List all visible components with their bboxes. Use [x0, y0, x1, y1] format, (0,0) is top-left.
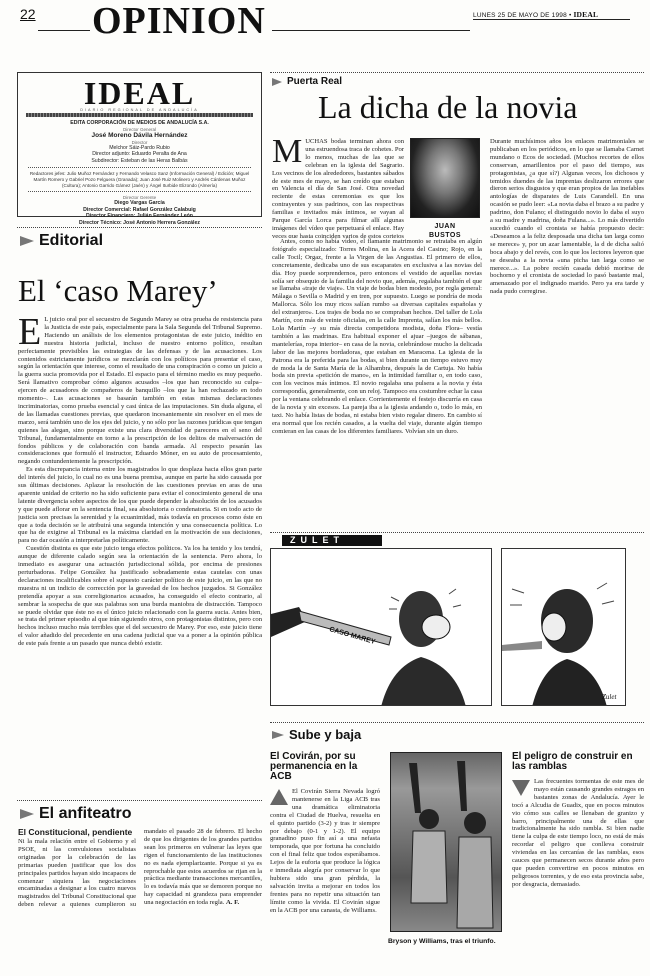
cartoon-drawing-right: Zulet [502, 549, 626, 706]
dateline-separator: • [569, 12, 571, 19]
author-first-name: JUAN [410, 222, 480, 231]
players-silhouette [391, 753, 503, 933]
editorial-rule [17, 227, 262, 228]
sube-subhead: El Covirán, por su permanencia en la ACB [270, 752, 380, 782]
photo-caption: Bryson y Williams, tras el triunfo. [388, 938, 496, 945]
masthead-tagline: DIARIO REGIONAL DE ANDALUCÍA [18, 108, 261, 112]
director-tecnico: Director Técnico: José Antonio Herrera G… [18, 220, 261, 227]
anfiteatro-signature: A. F. [226, 899, 239, 906]
baja-text: Las frecuentes tormentas de este mes de … [512, 778, 644, 888]
paper-name: IDEAL [573, 10, 598, 19]
baja-article: El peligro de construir en las ramblas L… [512, 752, 644, 889]
svg-text:Zulet: Zulet [602, 693, 617, 701]
anfiteatro-article: El Constitucional, pendiente Ni la mala … [18, 828, 262, 948]
anfiteatro-rule [17, 800, 262, 801]
puerta-real-kicker-label: Puerta Real [287, 76, 342, 87]
puerta-real-col2: Durante muchísimos años los enlaces matr… [490, 138, 644, 480]
arrow-icon [272, 78, 282, 86]
dateline: LUNES 25 DE MAYO DE 1998 • IDEAL [473, 10, 598, 19]
editorial-kicker: Editorial [20, 232, 103, 250]
anfiteatro-kicker: El anfiteatro [20, 805, 131, 823]
baja-body: Las frecuentes tormentas de este mes de … [512, 778, 644, 889]
redactores-jefes: Redactores jefes: Julio Muñoz Fernández … [18, 171, 261, 188]
puerta-real-rule [270, 72, 644, 73]
sube-body: El Covirán Sierra Nevada logró manteners… [270, 788, 380, 915]
subdirector: Subdirector: Esteban de las Heras Balbás [18, 158, 261, 165]
cartoon-drawing-left: CASO MAREY [271, 549, 492, 706]
editorial-dropcap: E [18, 317, 41, 347]
sube-baja-kicker: Sube y baja [272, 727, 361, 742]
section-title: OPINION [92, 2, 266, 40]
arrow-icon [20, 236, 34, 246]
cartoon-label: ZULET [282, 535, 382, 546]
baja-subhead: El peligro de construir en las ramblas [512, 752, 644, 772]
sube-baja-rule [270, 722, 644, 723]
puerta-real-headline: La dicha de la novia [318, 91, 577, 123]
masthead-bar [26, 113, 253, 117]
puerta-real-paragraph: Antes, como no había vídeo, el flamante … [272, 238, 482, 436]
editorial-body: EL juicio oral por el secuestro de Segun… [18, 316, 262, 776]
date-text: LUNES 25 DE MAYO DE 1998 [473, 12, 567, 19]
anfiteatro-kicker-label: El anfiteatro [39, 805, 131, 823]
cartoon-panel-left: CASO MAREY [270, 548, 492, 706]
puerta-real-paragraph: Durante muchísimos años los enlaces matr… [490, 138, 644, 296]
sube-article: El Covirán, por su permanencia en la ACB… [270, 752, 380, 915]
page-number: 22 [20, 6, 36, 22]
puerta-real-kicker: Puerta Real [272, 76, 342, 87]
director-general: José Moreno Dávila Hernández [18, 132, 261, 140]
author-photo [410, 138, 480, 218]
editorial-paragraph: Cuestión distinta es que este juicio ten… [18, 545, 262, 648]
puerta-real-dropcap: M [272, 139, 302, 165]
editorial-paragraph: Es esta discrepancia interna entre los m… [18, 466, 262, 545]
sube-baja-kicker-label: Sube y baja [289, 727, 361, 742]
header-rule-left [38, 30, 90, 31]
masthead-divider [28, 191, 251, 192]
anfiteatro-subhead: El Constitucional, pendiente [18, 828, 136, 837]
masthead-box: IDEAL DIARIO REGIONAL DE ANDALUCÍA EDITA… [17, 72, 262, 217]
cartoon-rule [270, 532, 644, 533]
puerta-real-col1-continued: Antes, como no había vídeo, el flamante … [272, 238, 482, 516]
editorial-kicker-label: Editorial [39, 232, 103, 250]
masthead-divider [28, 167, 251, 168]
anfiteatro-columns: El Constitucional, pendiente Ni la mala … [18, 828, 262, 909]
arrow-icon [20, 809, 34, 819]
editorial-paragraph: L juicio oral por el secuestro de Segund… [18, 316, 262, 465]
cartoon-panel-right: Zulet [501, 548, 626, 706]
masthead-logo: IDEAL [18, 78, 261, 108]
anfiteatro-text: Ni la mala relación entre el Gobierno y … [18, 828, 262, 908]
arrow-down-icon [512, 780, 530, 796]
arrow-up-icon [270, 789, 288, 805]
puerta-real-col1: MUCHAS bodas terminan ahora con una estr… [272, 138, 404, 238]
sube-text: El Covirán Sierra Nevada logró manteners… [270, 788, 380, 914]
arrow-icon [272, 731, 284, 739]
editorial-headline: El ‘caso Marey’ [18, 275, 218, 306]
dateline-underline [473, 19, 630, 20]
header-rule-right [272, 30, 470, 31]
basketball-photo [390, 752, 502, 932]
